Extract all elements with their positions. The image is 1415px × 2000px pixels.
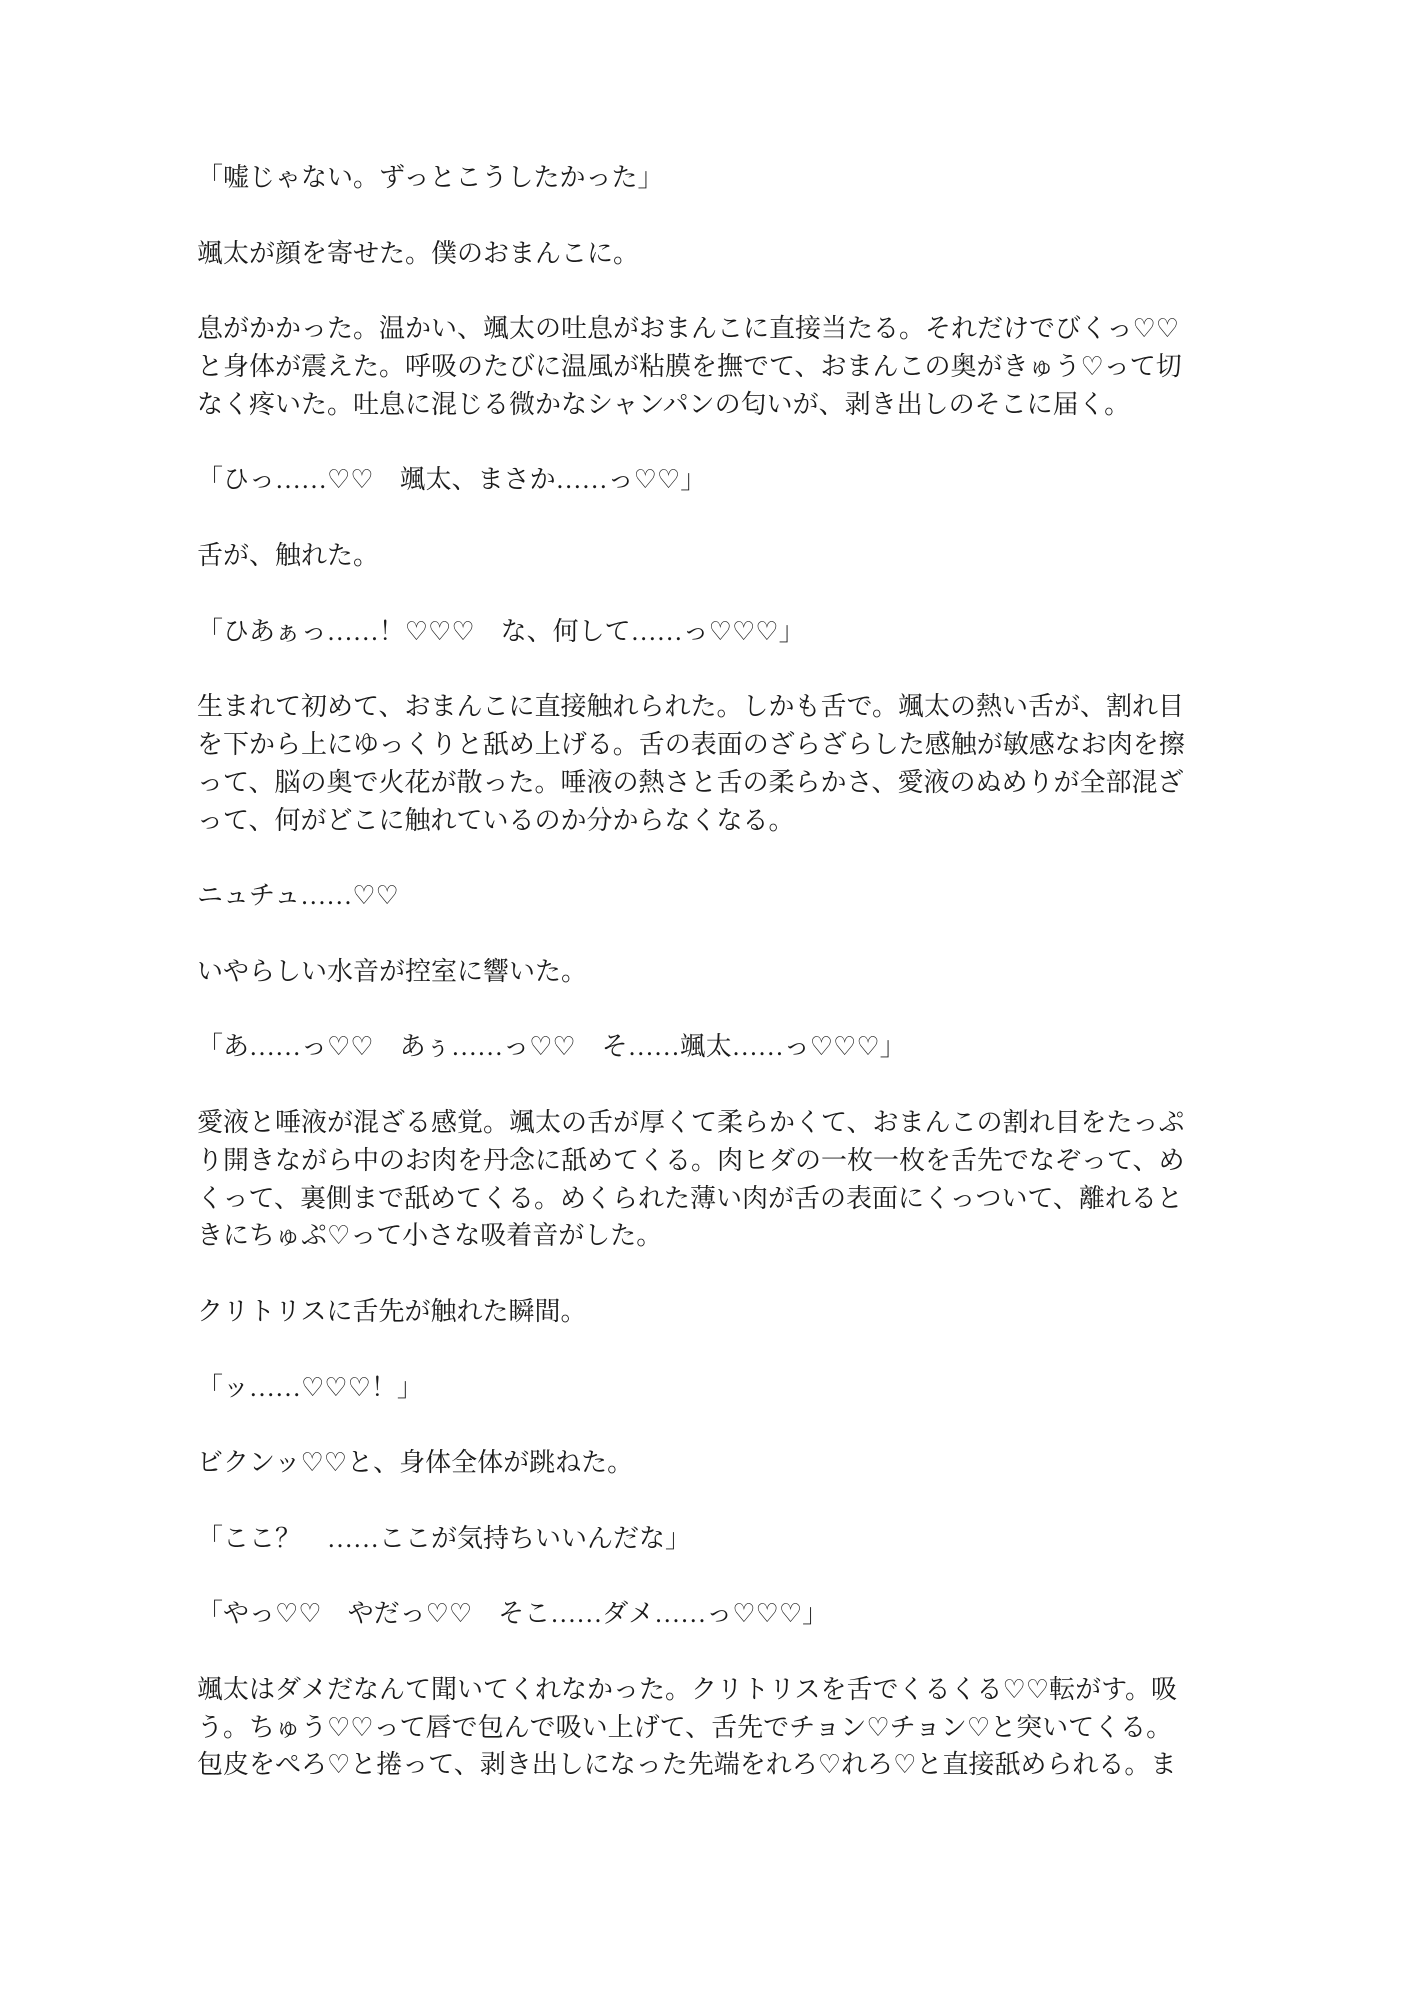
paragraph: いやらしい水音が控室に響いた。 bbox=[197, 953, 1189, 991]
paragraph: 「あ……っ♡♡ あぅ……っ♡♡ そ……颯太……っ♡♡♡」 bbox=[197, 1028, 1189, 1066]
paragraph: 「嘘じゃない。ずっとこうしたかった」 bbox=[197, 159, 1189, 197]
paragraph: ニュチュ……♡♡ bbox=[197, 877, 1189, 915]
story-text-block: 「嘘じゃない。ずっとこうしたかった」颯太が顔を寄せた。僕のおまんこに。息がかかっ… bbox=[197, 159, 1189, 1784]
paragraph: 愛液と唾液が混ざる感覚。颯太の舌が厚くて柔らかくて、おまんこの割れ目をたっぷり開… bbox=[197, 1104, 1189, 1255]
paragraph: 息がかかった。温かい、颯太の吐息がおまんこに直接当たる。それだけでびくっ♡♡と身… bbox=[197, 310, 1189, 423]
paragraph: 「ここ？ ……ここが気持ちいいんだな」 bbox=[197, 1520, 1189, 1558]
paragraph: クリトリスに舌先が触れた瞬間。 bbox=[197, 1293, 1189, 1331]
paragraph: 「ひあぁっ……！♡♡♡ な、何して……っ♡♡♡」 bbox=[197, 613, 1189, 651]
paragraph: 「ひっ……♡♡ 颯太、まさか……っ♡♡」 bbox=[197, 461, 1189, 499]
paragraph: 「ッ……♡♡♡！」 bbox=[197, 1369, 1189, 1407]
paragraph: 颯太はダメだなんて聞いてくれなかった。クリトリスを舌でくるくる♡♡転がす。吸う。… bbox=[197, 1671, 1189, 1784]
paragraph: 舌が、触れた。 bbox=[197, 537, 1189, 575]
document-page: 「嘘じゃない。ずっとこうしたかった」颯太が顔を寄せた。僕のおまんこに。息がかかっ… bbox=[0, 0, 1415, 2000]
paragraph: 生まれて初めて、おまんこに直接触れられた。しかも舌で。颯太の熱い舌が、割れ目を下… bbox=[197, 688, 1189, 839]
paragraph: 「やっ♡♡ やだっ♡♡ そこ……ダメ……っ♡♡♡」 bbox=[197, 1595, 1189, 1633]
paragraph: ビクンッ♡♡と、身体全体が跳ねた。 bbox=[197, 1444, 1189, 1482]
paragraph: 颯太が顔を寄せた。僕のおまんこに。 bbox=[197, 235, 1189, 273]
